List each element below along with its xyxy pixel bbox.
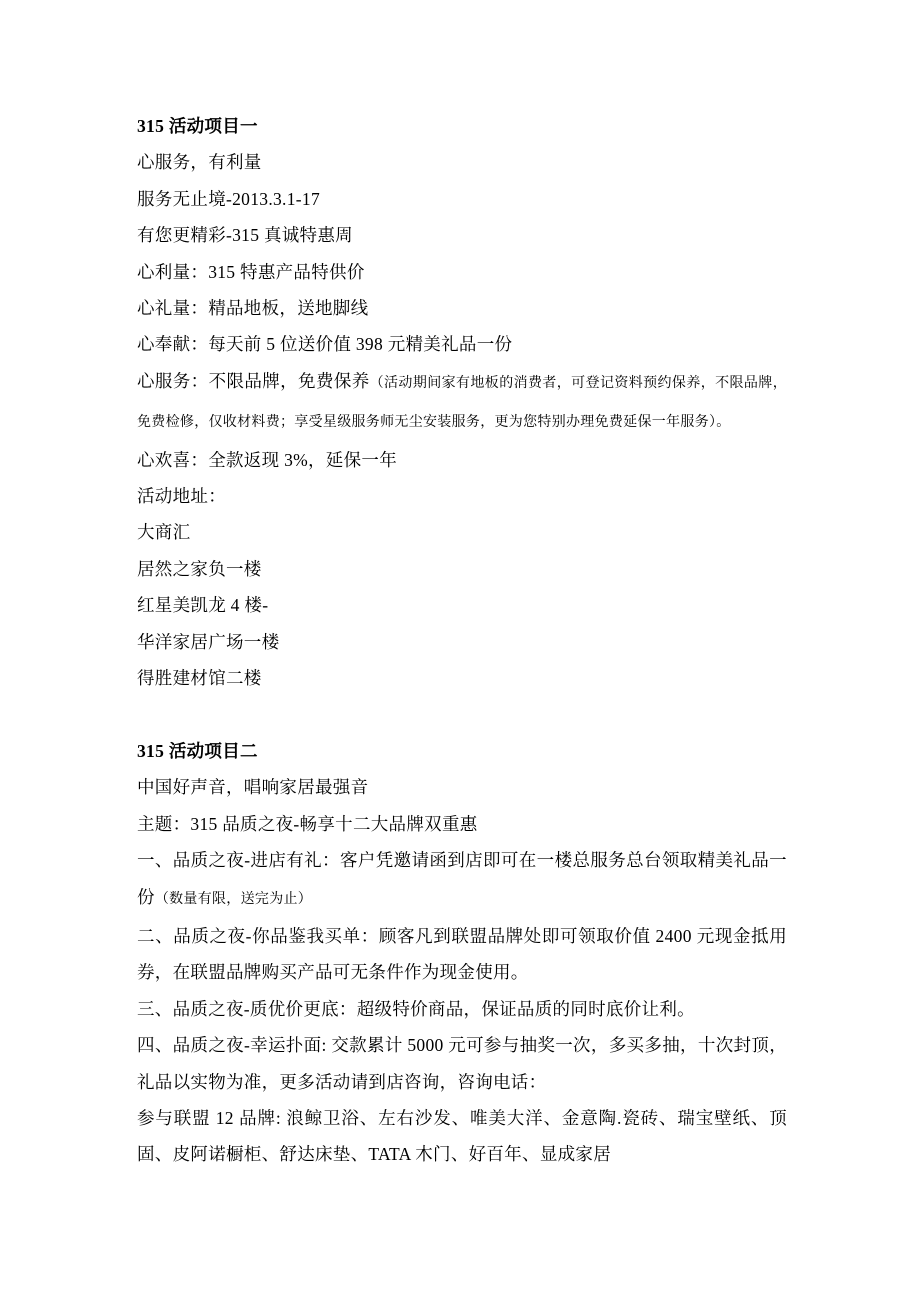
benefit-service-lead: 心服务：不限品牌，免费保养 bbox=[137, 371, 370, 391]
section2-item3: 三、品质之夜-质优价更底：超级特价商品，保证品质的同时底价让利。 bbox=[137, 991, 787, 1027]
section2-item4: 四、品质之夜-幸运扑面: 交款累计 5000 元可参与抽奖一次，多买多抽，十次封… bbox=[137, 1027, 787, 1100]
section1-benefit-gift: 心礼量：精品地板，送地脚线 bbox=[137, 290, 787, 326]
section1-benefit-service: 心服务：不限品牌，免费保养（活动期间家有地板的消费者，可登记资料预约保养，不限品… bbox=[137, 363, 787, 442]
address-item: 华洋家居广场一楼 bbox=[137, 624, 787, 660]
document-page: 315 活动项目一 心服务，有利量 服务无止境-2013.3.1-17 有您更精… bbox=[0, 0, 920, 1302]
item1-note: （数量有限，送完为止） bbox=[155, 892, 312, 907]
section1-heading: 315 活动项目一 bbox=[137, 108, 787, 144]
address-item: 居然之家负一楼 bbox=[137, 551, 787, 587]
section2-item2: 二、品质之夜-你品鉴我买单：顾客凡到联盟品牌处即可领取价值 2400 元现金抵用… bbox=[137, 918, 787, 991]
section2-tagline: 中国好声音，唱响家居最强音 bbox=[137, 769, 787, 805]
section1-address-label: 活动地址： bbox=[137, 478, 787, 514]
section-separator bbox=[137, 697, 787, 733]
address-item: 得胜建材馆二楼 bbox=[137, 660, 787, 696]
section2-theme: 主题：315 品质之夜-畅享十二大品牌双重惠 bbox=[137, 806, 787, 842]
section2-item1: 一、品质之夜-进店有礼：客户凭邀请函到店即可在一楼总服务总台领取精美礼品一份（数… bbox=[137, 842, 787, 918]
section1-benefit-cashback: 心欢喜：全款返现 3%，延保一年 bbox=[137, 442, 787, 478]
section1-tagline: 心服务，有利量 bbox=[137, 144, 787, 180]
address-item: 大商汇 bbox=[137, 514, 787, 550]
address-item: 红星美凯龙 4 楼- bbox=[137, 587, 787, 623]
section1-benefit-daily: 心奉献：每天前 5 位送价值 398 元精美礼品一份 bbox=[137, 326, 787, 362]
section2-heading: 315 活动项目二 bbox=[137, 733, 787, 769]
section1-subtitle: 有您更精彩-315 真诚特惠周 bbox=[137, 217, 787, 253]
section2-brands: 参与联盟 12 品牌: 浪鲸卫浴、左右沙发、唯美大洋、金意陶.瓷砖、瑞宝壁纸、顶… bbox=[137, 1100, 787, 1173]
section1-benefit-price: 心利量：315 特惠产品特供价 bbox=[137, 254, 787, 290]
section1-slogan: 服务无止境-2013.3.1-17 bbox=[137, 181, 787, 217]
